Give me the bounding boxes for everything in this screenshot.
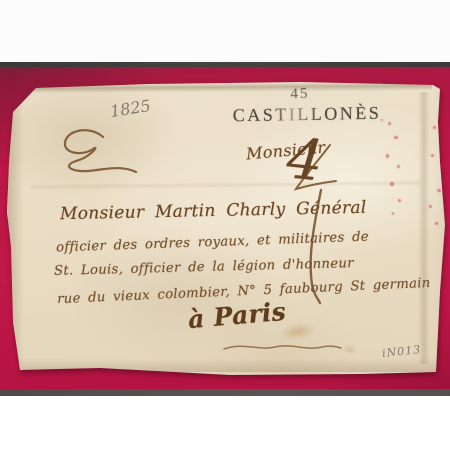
paper-stain-spot-small bbox=[344, 346, 356, 353]
pencil-inventory-code: iN013 bbox=[381, 343, 421, 360]
white-margin-bottom bbox=[0, 396, 450, 450]
paper-fold-crease-right bbox=[418, 92, 430, 364]
white-margin-top bbox=[0, 0, 450, 62]
address-line-recipient: Monsieur Martin Charly Général bbox=[60, 198, 367, 224]
postmark-department-number: 45 bbox=[282, 85, 319, 103]
product-photo: 1825 iN013 45 CASTILLONÈS Monsieur 4 Mon… bbox=[0, 0, 450, 450]
paper-edge-shading-left bbox=[8, 102, 24, 364]
postmark-town: CASTILLONÈS bbox=[224, 103, 390, 127]
folded-letter: 1825 iN013 45 CASTILLONÈS Monsieur 4 Mon… bbox=[0, 62, 450, 396]
paper-fold-crease-top bbox=[30, 82, 432, 94]
pencil-year-annotation: 1825 bbox=[109, 96, 152, 121]
address-line-title-2: St. Louis, officier de la légion d'honne… bbox=[54, 256, 354, 279]
paraph-flourish-icon bbox=[65, 130, 136, 172]
postage-due-4-marking: 4 bbox=[284, 131, 326, 190]
paper-edge-shading-bottom bbox=[20, 358, 436, 372]
crimson-mat-background: 1825 iN013 45 CASTILLONÈS Monsieur 4 Mon… bbox=[0, 62, 450, 396]
destination-city: à Paris bbox=[187, 297, 287, 334]
destination-underline-flourish bbox=[224, 346, 341, 349]
address-line-title-1: officier des ordres royaux, et militaire… bbox=[56, 230, 369, 256]
letter-paper: 1825 iN013 45 CASTILLONÈS Monsieur 4 Mon… bbox=[0, 62, 450, 396]
paper-crease-middle bbox=[30, 180, 420, 190]
